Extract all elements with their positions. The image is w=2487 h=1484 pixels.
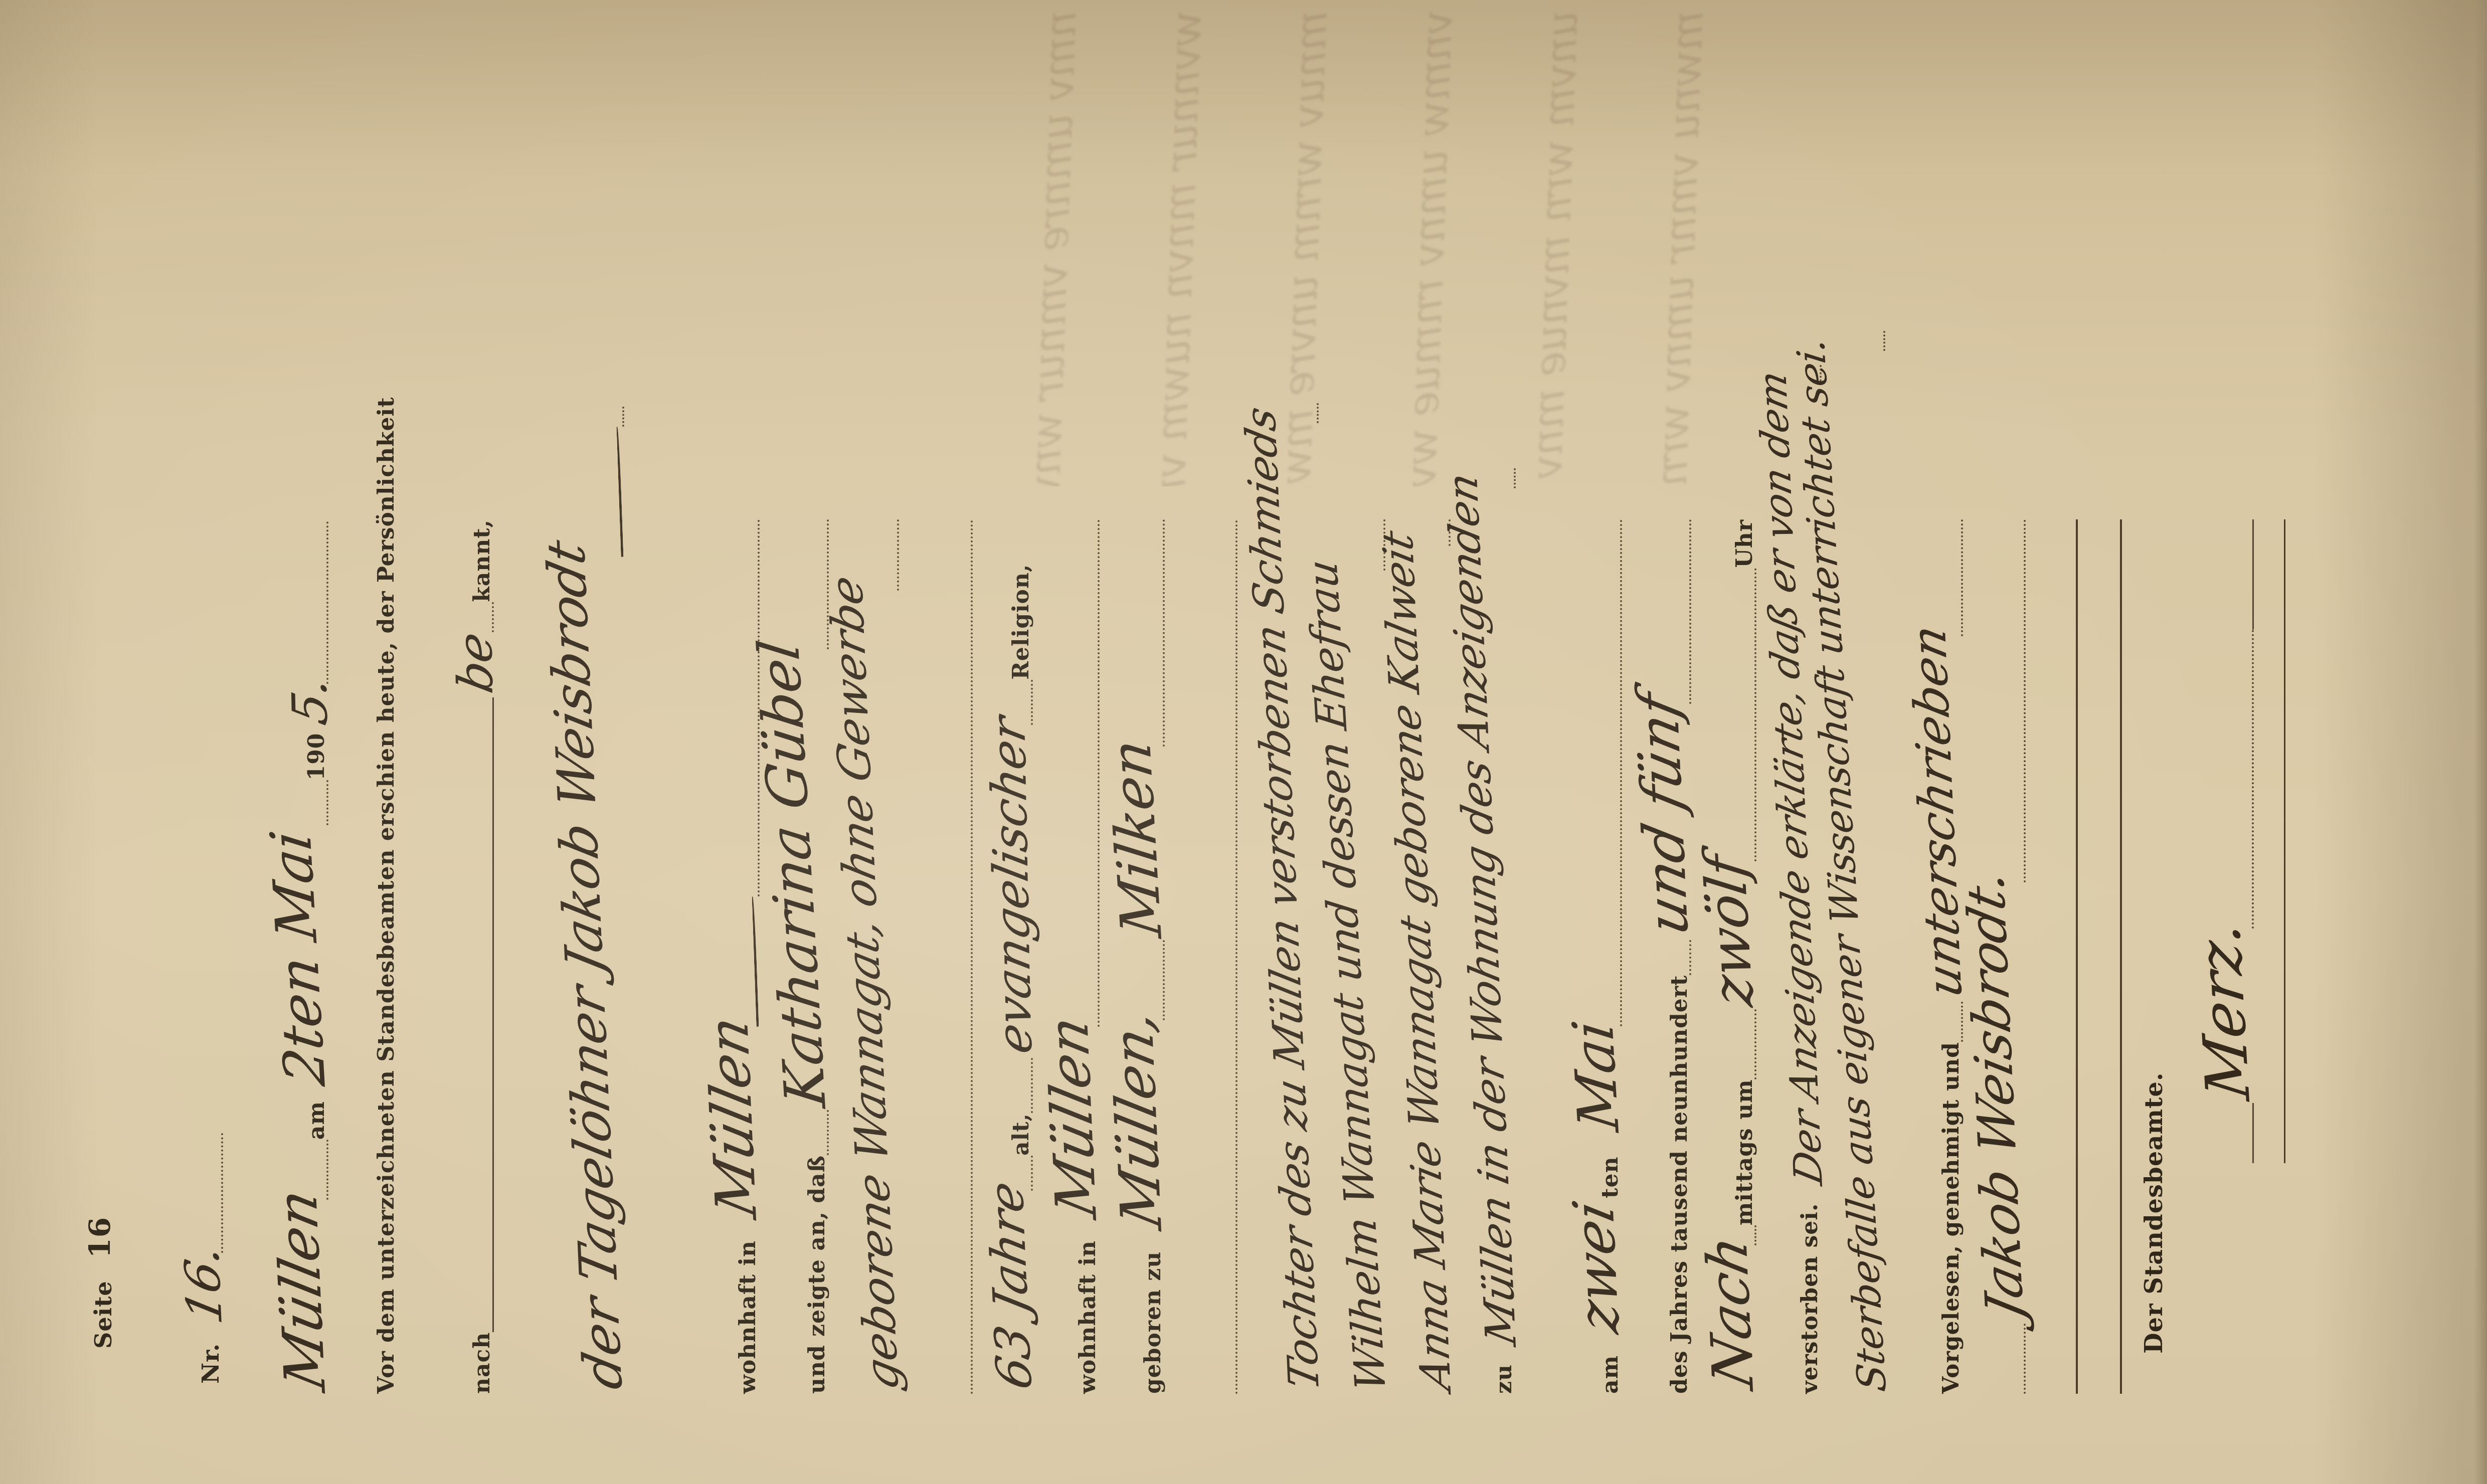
ten-label: ten	[1597, 1157, 1627, 1198]
rule-dotted	[1883, 331, 1885, 351]
rule-solid	[492, 697, 494, 1332]
informant-handwritten: der Tagelöhner Jakob Weisbrodt	[535, 536, 634, 1394]
rule-dotted	[1754, 1009, 1756, 1079]
rule-solid	[2252, 1103, 2254, 1163]
rule-dotted	[1031, 680, 1033, 725]
rule-dotted	[326, 521, 328, 684]
final-rule	[2284, 519, 2285, 1163]
am-label: am	[304, 1101, 333, 1140]
death-date-row: am zwei ten Mai	[1557, 519, 1627, 1394]
intro-row: Vor dem unterzeichneten Standesbeamten e…	[374, 519, 403, 1394]
zeigte-label: und zeigte an, daß	[804, 1155, 834, 1394]
place-handwritten: Müllen	[264, 1185, 338, 1396]
zu-label: zu	[1491, 1364, 1521, 1394]
birthplace1-handwritten: Müllen,	[1100, 1005, 1175, 1233]
religion-handwritten: evangelischer	[980, 713, 1043, 1058]
rule-dotted	[1689, 519, 1691, 704]
seite-label: Seite	[90, 1281, 121, 1349]
ink-bleed-through: nmv umnre vmnur wnvm mune vnm wvnnur mnv…	[1028, 10, 2382, 486]
record-number-row: Nr. 16.	[165, 1133, 228, 1384]
blank-row	[1187, 519, 1242, 1394]
parents1-handwritten: Tochter des zu Müllen verstorbenen Schmi…	[1235, 403, 1329, 1394]
rule-dotted	[326, 780, 328, 825]
residence-handwritten: Müllen	[695, 1012, 770, 1223]
registrar-title: Der Standesbeamte.	[2140, 1072, 2172, 1354]
nr-label: Nr.	[197, 1343, 228, 1384]
death-register-page: Seite 16 Nr. 16. Müllen am 2ten Mai 190 …	[0, 0, 2487, 1484]
bleed-line: vnmw umnv rnmue wvn mnur vnm	[1395, 10, 1462, 486]
scanned-register-sheet: Seite 16 Nr. 16. Müllen am 2ten Mai 190 …	[0, 0, 2487, 1484]
page-header: Seite 16	[83, 1217, 121, 1349]
declaration-row-2: Sterbefalle aus eigener Wissenschaft unt…	[1823, 519, 1890, 1394]
deceased-residence-row: wohnhaft in Müllen	[1037, 519, 1105, 1394]
rule-dotted	[1514, 468, 1516, 488]
rule-dotted	[2024, 1324, 2026, 1394]
page-edge	[2474, 0, 2487, 1484]
death-day-handwritten: zwei	[1561, 1196, 1632, 1338]
rule-dotted	[1163, 940, 1165, 1020]
rule-dotted	[1235, 519, 1237, 1394]
residence2-handwritten: Müllen	[1035, 1012, 1110, 1223]
time-prefix-handwritten: Nach	[1695, 1231, 1766, 1394]
rule-dotted	[1754, 568, 1756, 861]
rule-dotted	[1031, 1156, 1033, 1191]
time-value-handwritten: zwölf	[1693, 852, 1766, 1009]
bleed-line: unvm wrn mvnue mnv wurm nvme	[1521, 10, 1587, 486]
age-religion-row: 63 Jahre alt, evangelischer Religion,	[970, 519, 1038, 1394]
wohnhaft2-label: wohnhaft in	[1075, 1240, 1105, 1394]
blank-signature-rule	[2120, 519, 2122, 1394]
rule-dotted	[622, 407, 624, 427]
age-handwritten: 63 Jahre	[978, 1177, 1043, 1394]
wohnhaft-label: wohnhaft in	[735, 1240, 765, 1394]
rule-dotted	[326, 1140, 328, 1200]
paper-shading	[0, 0, 2487, 1484]
death-time-row: Nach mittags um zwölf Uhr	[1694, 519, 1761, 1394]
religion-label: Religion,	[1008, 564, 1038, 680]
rule-dotted	[1317, 403, 1319, 423]
kannt-label: kannt,	[469, 519, 499, 602]
rule-dotted	[1031, 1058, 1033, 1113]
rule-dotted	[897, 519, 899, 591]
alt-label: alt,	[1008, 1113, 1038, 1156]
informant-signature: Jakob Weisbrodt.	[1955, 865, 2036, 1324]
jahres-label: des Jahres tausend neunhundert	[1667, 975, 1696, 1394]
pen-flourish	[616, 427, 623, 557]
maiden-name-row: geborene Wannagat, ohne Gewerbe	[836, 519, 904, 1394]
place-date-row: Müllen am 2ten Mai 190 5.	[261, 521, 333, 1396]
nach-label: nach	[469, 1332, 499, 1394]
birthplace2-handwritten: Milken	[1098, 737, 1175, 940]
be-handwritten: be	[447, 628, 504, 697]
rule-dotted	[2024, 519, 2026, 882]
rule-dotted	[1689, 940, 1691, 975]
pen-flourish	[752, 896, 759, 1027]
birthplace-row: geboren zu Müllen, Milken	[1102, 519, 1170, 1394]
rule-dotted	[827, 1110, 829, 1155]
year-printed: 190	[304, 733, 333, 781]
blank-row	[920, 519, 978, 1394]
year-handwritten: 5.	[281, 673, 338, 728]
death-place-row: zu Müllen in der Wohnung des Anzeigenden	[1453, 519, 1521, 1394]
informant-signature-row: Jakob Weisbrodt.	[1958, 519, 2031, 1394]
rule-dotted	[221, 1133, 223, 1253]
death-month-handwritten: Mai	[1561, 1018, 1632, 1134]
geboren-label: geboren zu	[1140, 1251, 1170, 1394]
rule-dotted	[1620, 519, 1622, 1026]
rule-solid	[2252, 519, 2254, 630]
bleed-line: nmv umnre vmnur wnvm mune vnm	[1028, 10, 1087, 486]
identity-row: nach be kannt,	[439, 519, 499, 1394]
registrar-signature: Merz.	[2184, 919, 2264, 1103]
rule-dotted	[1098, 519, 1100, 1027]
record-number-handwritten: 16.	[173, 1241, 233, 1328]
informant-row: der Tagelöhner Jakob Weisbrodt	[559, 519, 629, 1394]
page-number: 16	[83, 1217, 121, 1258]
mittags-label: mittags um	[1732, 1079, 1761, 1226]
death-year-handwritten: und fünf	[1626, 688, 1701, 940]
registrar-signature-row: Merz.	[2186, 519, 2259, 1163]
rule-dotted	[492, 602, 494, 632]
bleed-line: wvnnur mnvn nuwm vrnmu nvmw	[1145, 10, 1211, 486]
am2-label: am	[1597, 1355, 1627, 1394]
registrar-title-row: Der Standesbeamte.	[2140, 1072, 2172, 1354]
date-handwritten: 2ten Mai	[259, 828, 338, 1088]
bleed-line: mwnu vmnr umnv wrnmu envm wn	[1646, 10, 1713, 486]
rule-dotted	[1163, 519, 1165, 747]
intro-text: Vor dem unterzeichneten Standesbeamten e…	[374, 397, 403, 1394]
death-year-row: des Jahres tausend neunhundert und fünf	[1629, 519, 1696, 1394]
rule-dotted	[2252, 630, 2254, 929]
blank-signature-rule	[2076, 519, 2078, 1394]
